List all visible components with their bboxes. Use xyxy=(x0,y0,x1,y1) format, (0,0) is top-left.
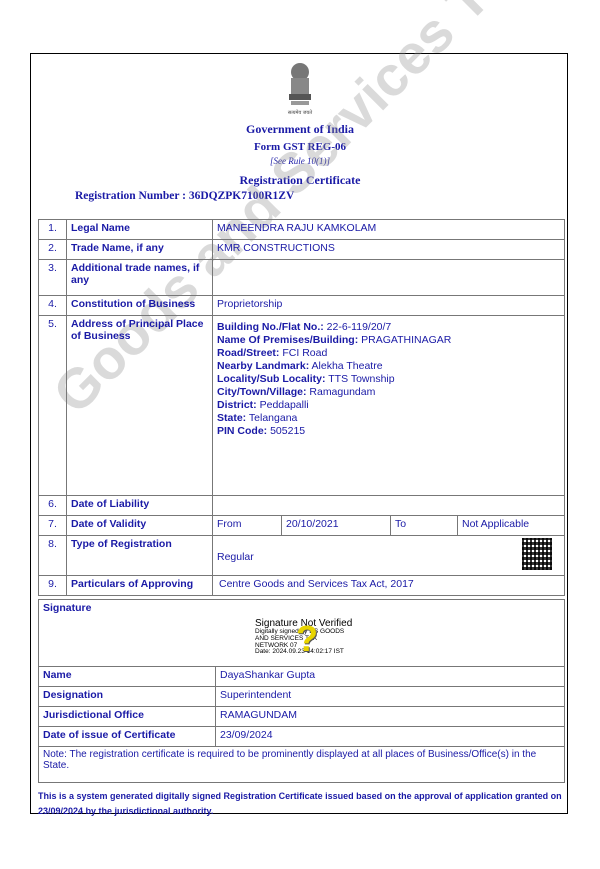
national-emblem-icon: सत्यमेव जयते xyxy=(280,60,320,116)
table-row: 3. Additional trade names, if any xyxy=(39,260,565,296)
rule-reference: [See Rule 10(1)] xyxy=(0,156,600,166)
qr-code xyxy=(522,538,552,570)
note-row: Note: The registration certificate is re… xyxy=(39,747,565,783)
table-row: 5. Address of Principal Place of Busines… xyxy=(39,316,565,496)
table-row: 8. Type of Registration Regular xyxy=(39,536,565,576)
table-row: 9. Particulars of Approving Centre Goods… xyxy=(39,576,565,596)
form-heading: Form GST REG-06 xyxy=(0,141,600,153)
note-text: Note: The registration certificate is re… xyxy=(39,747,565,783)
table-row: Jurisdictional Office RAMAGUNDAM xyxy=(39,707,565,727)
table-row: Date of issue of Certificate 23/09/2024 xyxy=(39,727,565,747)
government-heading: Government of India xyxy=(0,122,600,137)
table-row: 2. Trade Name, if any KMR CONSTRUCTIONS xyxy=(39,240,565,260)
certificate-title: Registration Certificate xyxy=(0,173,600,188)
table-row: 1. Legal Name MANEENDRA RAJU KAMKOLAM xyxy=(39,220,565,240)
table-row: Designation Superintendent xyxy=(39,687,565,707)
svg-text:सत्यमेव जयते: सत्यमेव जयते xyxy=(288,109,312,116)
address-block: Building No./Flat No.: 22-6-119/20/7 Nam… xyxy=(213,316,565,496)
signature-unverified-icon: ? xyxy=(296,618,318,660)
table-row: Name DayaShankar Gupta xyxy=(39,667,565,687)
registration-number: Registration Number : 36DQZPK7100R1ZV xyxy=(75,190,294,202)
footer-statement: This is a system generated digitally sig… xyxy=(38,789,566,819)
registration-details-table: 1. Legal Name MANEENDRA RAJU KAMKOLAM 2.… xyxy=(38,219,565,596)
table-row: 6. Date of Liability xyxy=(39,496,565,516)
table-row: 4. Constitution of Business Proprietorsh… xyxy=(39,296,565,316)
table-row: 7. Date of Validity From 20/10/2021 To N… xyxy=(39,516,565,536)
